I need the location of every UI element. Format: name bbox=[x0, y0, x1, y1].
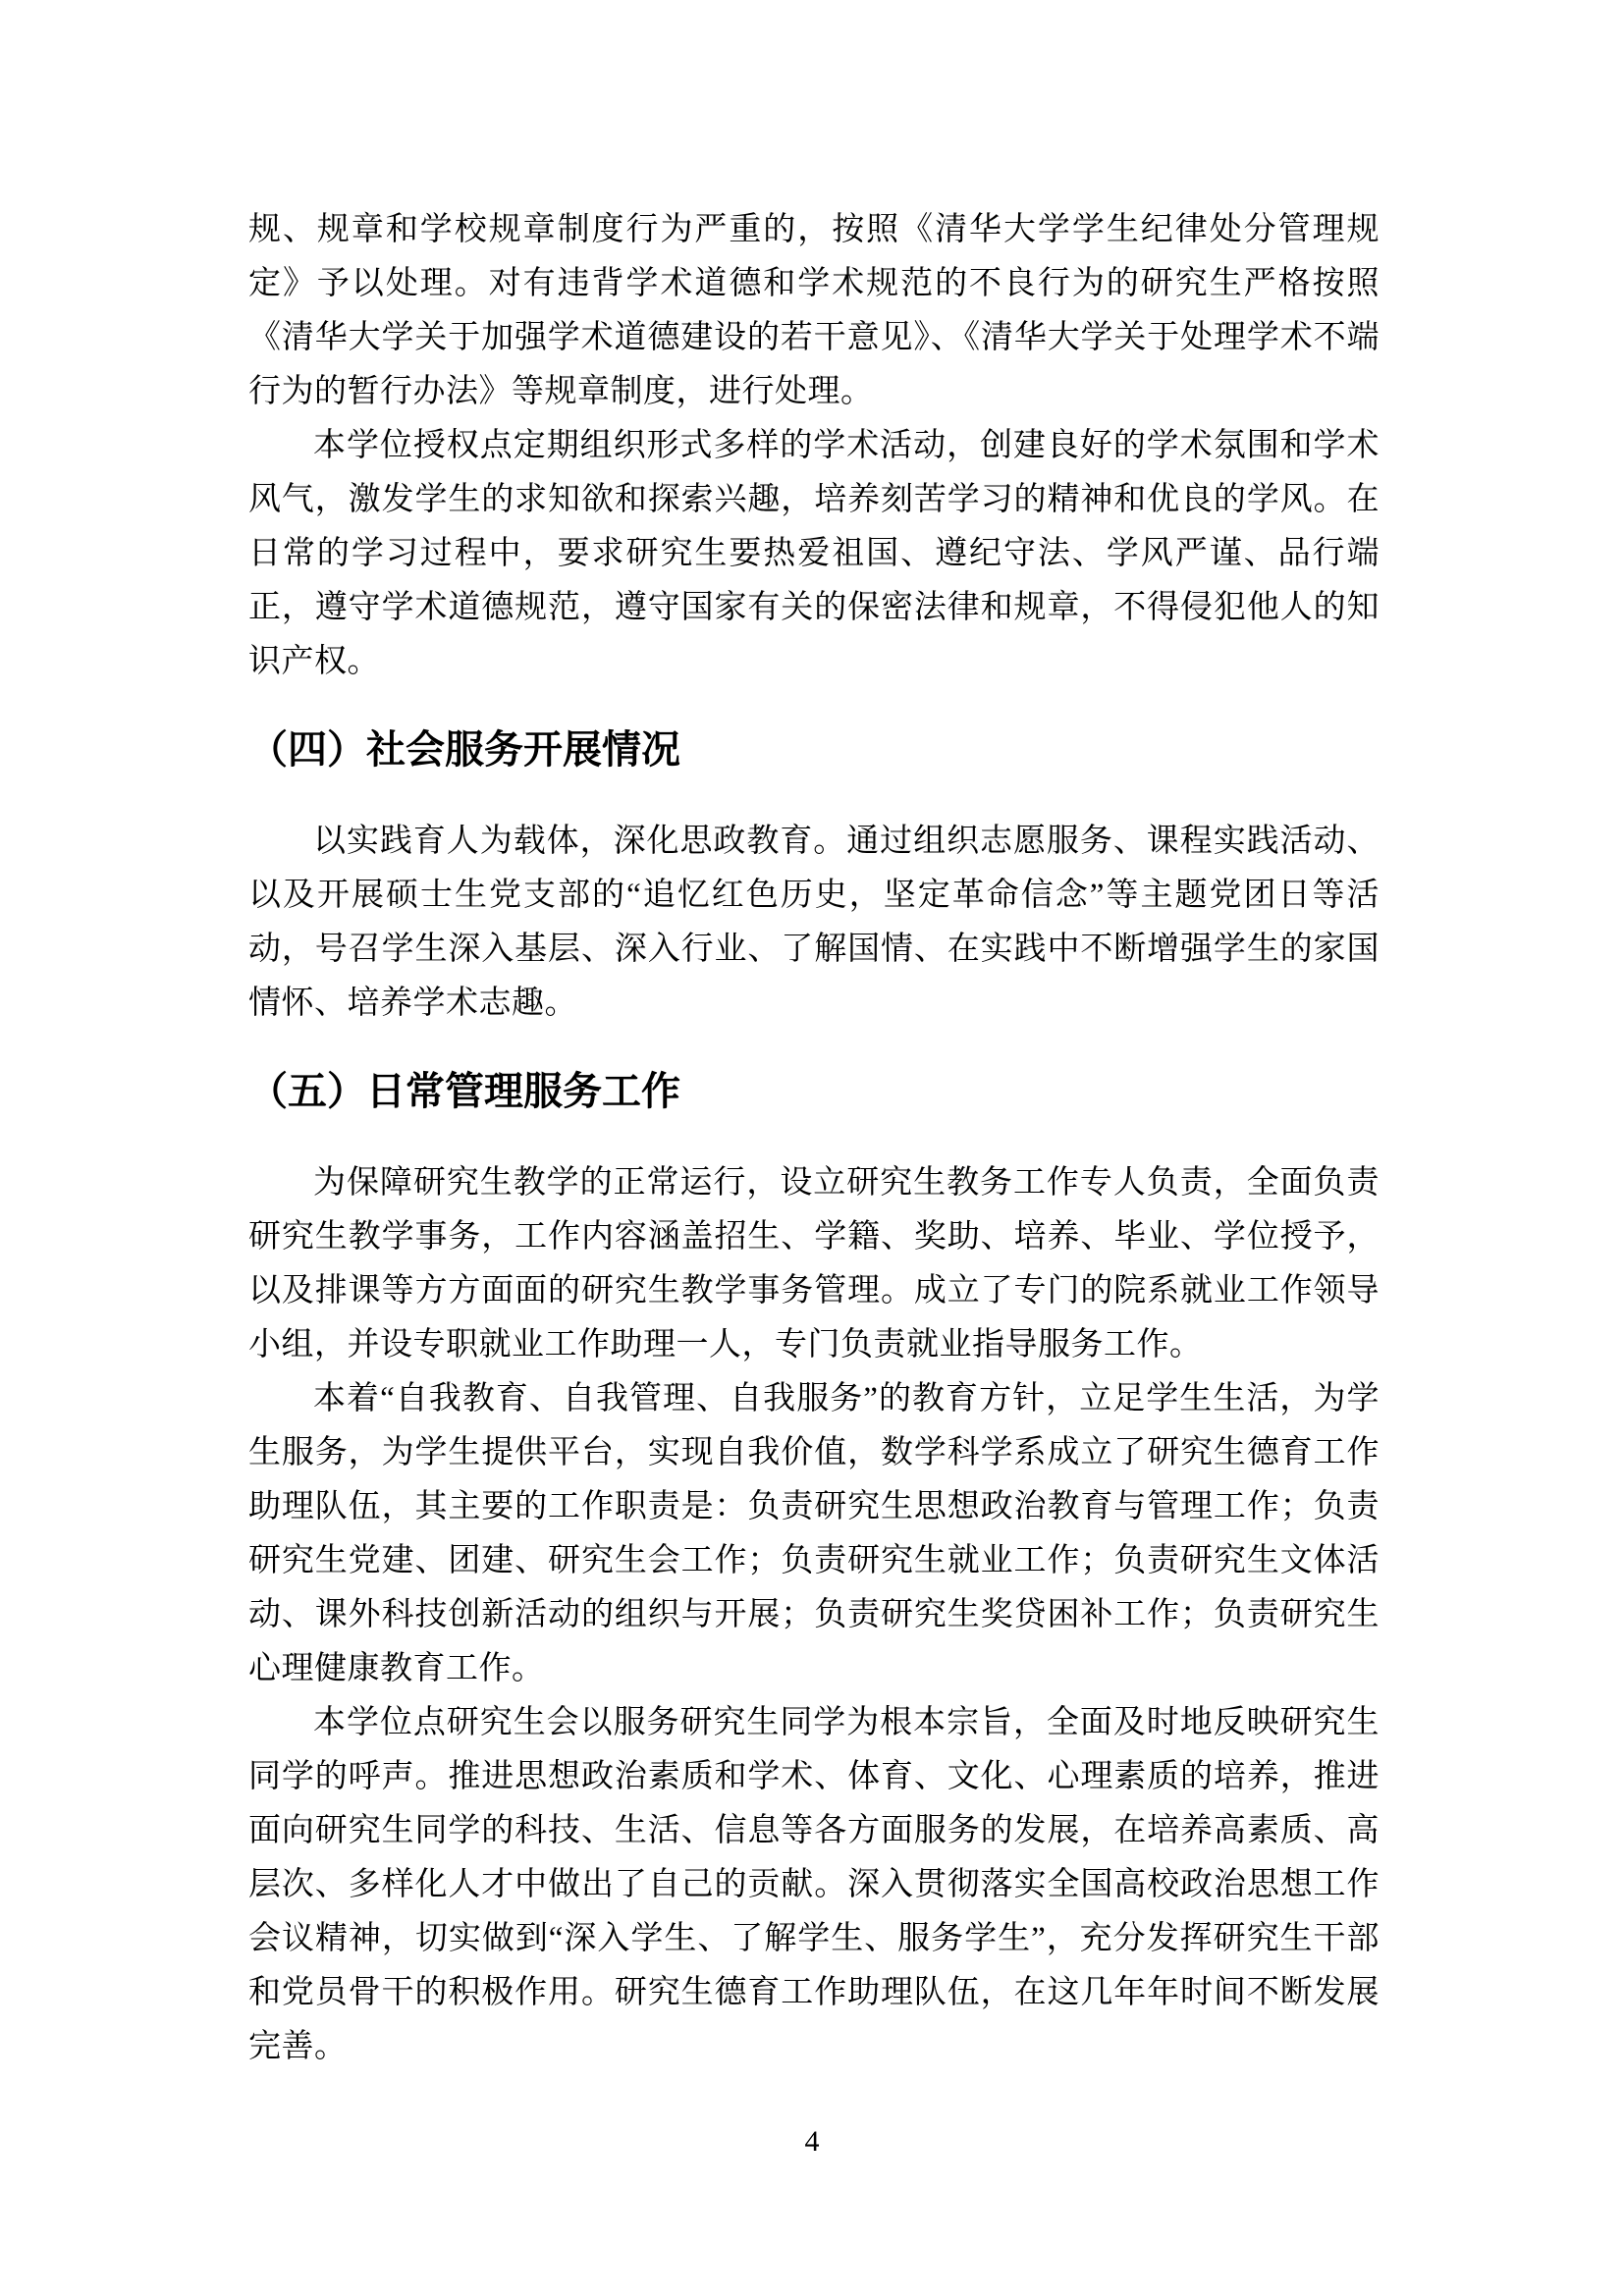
section-heading-social-service: （四）社会服务开展情况 bbox=[248, 721, 1380, 779]
body-paragraph-academic-activities: 本学位授权点定期组织形式多样的学术活动，创建良好的学术氛围和学术风气，激发学生的… bbox=[248, 419, 1380, 689]
document-page: 规、规章和学校规章制度行为严重的，按照《清华大学学生纪律处分管理规定》予以处理。… bbox=[0, 0, 1624, 2296]
body-paragraph-social-service: 以实践育人为载体，深化思政教育。通过组织志愿服务、课程实践活动、以及开展硕士生党… bbox=[248, 815, 1380, 1031]
body-paragraph-continuation: 规、规章和学校规章制度行为严重的，按照《清华大学学生纪律处分管理规定》予以处理。… bbox=[248, 203, 1380, 419]
section-heading-daily-management: （五）日常管理服务工作 bbox=[248, 1062, 1380, 1121]
page-number: 4 bbox=[0, 2125, 1624, 2159]
body-paragraph-teaching-affairs: 为保障研究生教学的正常运行，设立研究生教务工作专人负责，全面负责研究生教学事务，… bbox=[248, 1156, 1380, 1372]
body-paragraph-graduate-union: 本学位点研究生会以服务研究生同学为根本宗旨，全面及时地反映研究生同学的呼声。推进… bbox=[248, 1696, 1380, 2074]
body-paragraph-self-education: 本着“自我教育、自我管理、自我服务”的教育方针，立足学生生活，为学生服务，为学生… bbox=[248, 1372, 1380, 1696]
